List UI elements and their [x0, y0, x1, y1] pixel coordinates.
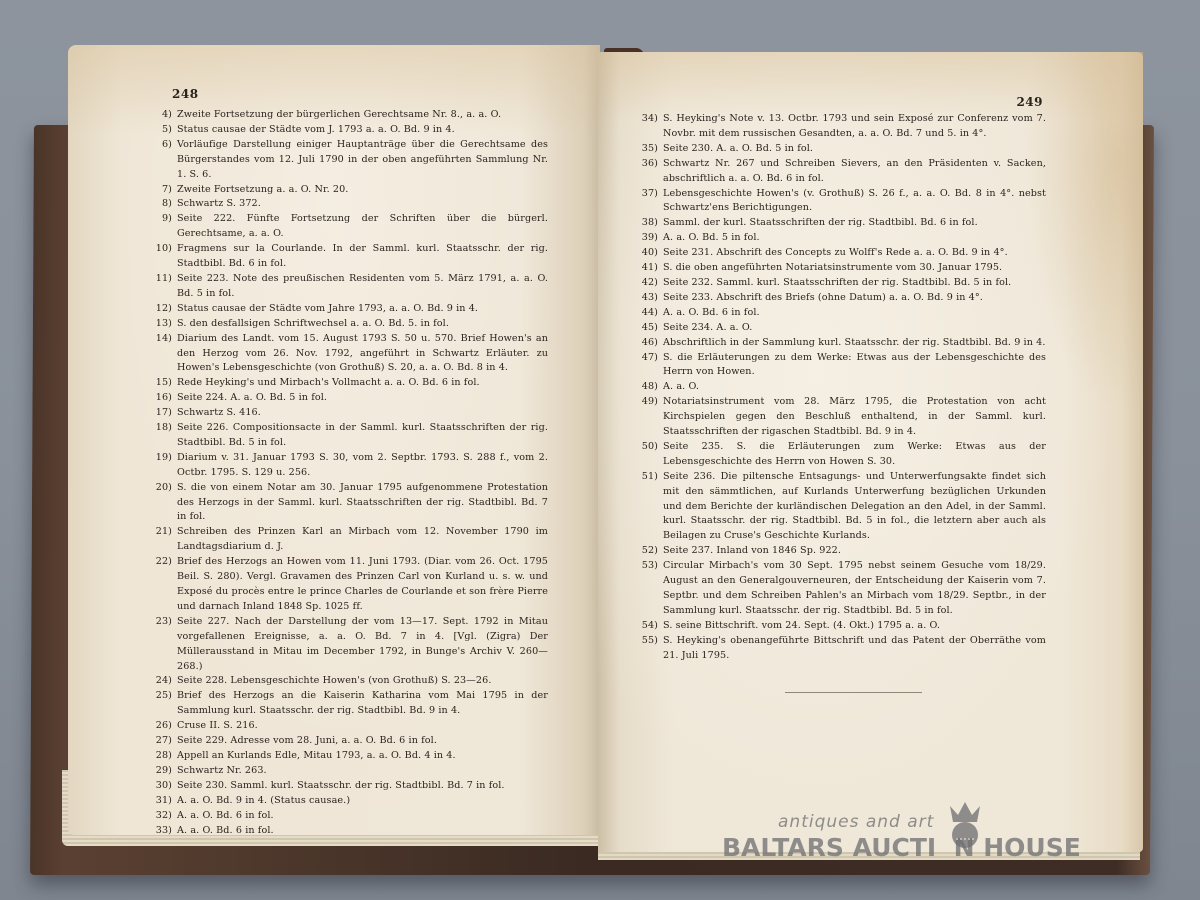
endnote-text: A. a. O. Bd. 9 in 4. (Status causae.): [177, 794, 548, 809]
endnote-number: 28): [146, 749, 177, 764]
endnote-number: 52): [632, 544, 663, 559]
endnote-number: 37): [632, 187, 663, 217]
endnote: 23)Seite 227. Nach der Darstellung der v…: [146, 615, 548, 675]
endnote-text: A. a. O. Bd. 6 in fol.: [177, 824, 548, 839]
endnote-number: 32): [146, 809, 177, 824]
endnote: 5)Status causae der Städte vom J. 1793 a…: [146, 123, 548, 138]
endnote-number: 22): [146, 555, 177, 615]
endnote-number: 9): [146, 212, 177, 242]
endnote-text: Seite 230. Samml. kurl. Staatsschr. der …: [177, 779, 548, 794]
endnote-number: 27): [146, 734, 177, 749]
endnote-text: Samml. der kurl. Staatsschriften der rig…: [663, 216, 1046, 231]
endnote: 44)A. a. O. Bd. 6 in fol.: [632, 306, 1046, 321]
endnote-text: Zweite Fortsetzung der bürgerlichen Gere…: [177, 108, 548, 123]
endnotes-list-right: 34)S. Heyking's Note v. 13. Octbr. 1793 …: [632, 112, 1046, 664]
endnote-text: Zweite Fortsetzung a. a. O. Nr. 20.: [177, 183, 548, 198]
endnote: 14)Diarium des Landt. vom 15. August 179…: [146, 332, 548, 377]
endnote-number: 15): [146, 376, 177, 391]
endnote-number: 51): [632, 470, 663, 545]
endnote-text: S. die von einem Notar am 30. Januar 179…: [177, 481, 548, 526]
endnote-number: 40): [632, 246, 663, 261]
endnote-text: A. a. O. Bd. 6 in fol.: [663, 306, 1046, 321]
endnote-number: 12): [146, 302, 177, 317]
endnote-text: Seite 234. A. a. O.: [663, 321, 1046, 336]
endnote-number: 38): [632, 216, 663, 231]
endnote-text: Diarium des Landt. vom 15. August 1793 S…: [177, 332, 548, 377]
endnote: 48)A. a. O.: [632, 380, 1046, 395]
endnote-number: 18): [146, 421, 177, 451]
endnote-number: 41): [632, 261, 663, 276]
endnote: 36)Schwartz Nr. 267 und Schreiben Siever…: [632, 157, 1046, 187]
endnote-text: Notariatsinstrument vom 28. März 1795, d…: [663, 395, 1046, 440]
endnote-number: 14): [146, 332, 177, 377]
endnote-number: 10): [146, 242, 177, 272]
endnote: 34)S. Heyking's Note v. 13. Octbr. 1793 …: [632, 112, 1046, 142]
endnote: 40)Seite 231. Abschrift des Concepts zu …: [632, 246, 1046, 261]
endnote-text: S. den desfallsigen Schriftwechsel a. a.…: [177, 317, 548, 332]
endnote: 17)Schwartz S. 416.: [146, 406, 548, 421]
endnote: 10)Fragmens sur la Courlande. In der Sam…: [146, 242, 548, 272]
endnote-text: Lebensgeschichte Howen's (v. Grothuß) S.…: [663, 187, 1046, 217]
endnote-number: 13): [146, 317, 177, 332]
endnote-text: Seite 235. S. die Erläuterungen zum Werk…: [663, 440, 1046, 470]
endnote-number: 48): [632, 380, 663, 395]
endnote-number: 42): [632, 276, 663, 291]
endnote-text: A. a. O. Bd. 6 in fol.: [177, 809, 548, 824]
endnote-text: Seite 224. A. a. O. Bd. 5 in fol.: [177, 391, 548, 406]
endnote-number: 45): [632, 321, 663, 336]
endnote-text: Rede Heyking's und Mirbach's Vollmacht a…: [177, 376, 548, 391]
endnote: 42)Seite 232. Samml. kurl. Staatsschrift…: [632, 276, 1046, 291]
endnote-number: 33): [146, 824, 177, 839]
endnote-text: S. die oben angeführten Notariatsinstrum…: [663, 261, 1046, 276]
endnote-number: 34): [632, 112, 663, 142]
endnote: 11)Seite 223. Note des preußischen Resid…: [146, 272, 548, 302]
watermark-name: BALTARS AUCTI N HOUSE: [722, 833, 1081, 862]
endnote-text: Schwartz S. 372.: [177, 197, 548, 212]
endnote-number: 6): [146, 138, 177, 183]
endnote-number: 17): [146, 406, 177, 421]
endnote-text: Abschriftlich in der Sammlung kurl. Staa…: [663, 336, 1046, 351]
endnote: 27)Seite 229. Adresse vom 28. Juni, a. a…: [146, 734, 548, 749]
endnote-number: 39): [632, 231, 663, 246]
endnote-text: Schwartz S. 416.: [177, 406, 548, 421]
endnote-text: S. die Erläuterungen zu dem Werke: Etwas…: [663, 351, 1046, 381]
endnote: 20)S. die von einem Notar am 30. Januar …: [146, 481, 548, 526]
endnote-text: S. seine Bittschrift. vom 24. Sept. (4. …: [663, 619, 1046, 634]
page-number-left: 248: [172, 87, 199, 101]
endnote-number: 43): [632, 291, 663, 306]
endnote: 7)Zweite Fortsetzung a. a. O. Nr. 20.: [146, 183, 548, 198]
left-page: 248 4)Zweite Fortsetzung der bürgerliche…: [68, 45, 600, 835]
endnote-text: Seite 236. Die piltensche Entsagungs- un…: [663, 470, 1046, 545]
endnote-text: A. a. O.: [663, 380, 1046, 395]
endnote: 12)Status causae der Städte vom Jahre 17…: [146, 302, 548, 317]
endnote-text: Seite 227. Nach der Darstellung der vom …: [177, 615, 548, 675]
endnote-text: S. Heyking's Note v. 13. Octbr. 1793 und…: [663, 112, 1046, 142]
endnote: 35)Seite 230. A. a. O. Bd. 5 in fol.: [632, 142, 1046, 157]
endnote: 4)Zweite Fortsetzung der bürgerlichen Ge…: [146, 108, 548, 123]
endnote: 26)Cruse II. S. 216.: [146, 719, 548, 734]
endnote-number: 24): [146, 674, 177, 689]
endnote-text: Schwartz Nr. 263.: [177, 764, 548, 779]
endnote-number: 35): [632, 142, 663, 157]
endnote: 33)A. a. O. Bd. 6 in fol.: [146, 824, 548, 839]
endnote: 55)S. Heyking's obenangeführte Bittschri…: [632, 634, 1046, 664]
endnote-number: 46): [632, 336, 663, 351]
endnote-text: Cruse II. S. 216.: [177, 719, 548, 734]
endnote: 50)Seite 235. S. die Erläuterungen zum W…: [632, 440, 1046, 470]
endnote-number: 29): [146, 764, 177, 779]
endnote: 38)Samml. der kurl. Staatsschriften der …: [632, 216, 1046, 231]
crown-icon: [946, 802, 984, 848]
watermark-tagline: antiques and art: [778, 812, 934, 832]
endnote: 41)S. die oben angeführten Notariatsinst…: [632, 261, 1046, 276]
endnote-number: 8): [146, 197, 177, 212]
endnote-number: 4): [146, 108, 177, 123]
endnote: 51)Seite 236. Die piltensche Entsagungs-…: [632, 470, 1046, 545]
endnote-number: 53): [632, 559, 663, 619]
endnote: 9)Seite 222. Fünfte Fortsetzung der Schr…: [146, 212, 548, 242]
endnote-number: 7): [146, 183, 177, 198]
endnote-number: 11): [146, 272, 177, 302]
watermark: antiques and art BALTARS AUCTI N HOUSE: [722, 808, 1122, 868]
endnote-text: Seite 232. Samml. kurl. Staatsschriften …: [663, 276, 1046, 291]
endnote-text: Vorläufige Darstellung einiger Hauptantr…: [177, 138, 548, 183]
endnote-number: 54): [632, 619, 663, 634]
endnote: 47)S. die Erläuterungen zu dem Werke: Et…: [632, 351, 1046, 381]
endnote-number: 30): [146, 779, 177, 794]
endnote: 16)Seite 224. A. a. O. Bd. 5 in fol.: [146, 391, 548, 406]
endnote: 32)A. a. O. Bd. 6 in fol.: [146, 809, 548, 824]
endnote: 13)S. den desfallsigen Schriftwechsel a.…: [146, 317, 548, 332]
endnote: 29)Schwartz Nr. 263.: [146, 764, 548, 779]
endnote: 45)Seite 234. A. a. O.: [632, 321, 1046, 336]
endnote-text: Seite 230. A. a. O. Bd. 5 in fol.: [663, 142, 1046, 157]
endnotes-list-left: 4)Zweite Fortsetzung der bürgerlichen Ge…: [146, 108, 548, 838]
endnote-number: 36): [632, 157, 663, 187]
endnote-text: Seite 223. Note des preußischen Resident…: [177, 272, 548, 302]
endnote-text: S. Heyking's obenangeführte Bittschrift …: [663, 634, 1046, 664]
endnote-text: Seite 226. Compositionsacte in der Samml…: [177, 421, 548, 451]
endnote-number: 5): [146, 123, 177, 138]
endnote: 54)S. seine Bittschrift. vom 24. Sept. (…: [632, 619, 1046, 634]
endnote: 46)Abschriftlich in der Sammlung kurl. S…: [632, 336, 1046, 351]
endnote-text: Seite 237. Inland von 1846 Sp. 922.: [663, 544, 1046, 559]
endnote: 19)Diarium v. 31. Januar 1793 S. 30, vom…: [146, 451, 548, 481]
endnote: 28)Appell an Kurlands Edle, Mitau 1793, …: [146, 749, 548, 764]
endnote-text: Status causae der Städte vom J. 1793 a. …: [177, 123, 548, 138]
endnote-text: Seite 222. Fünfte Fortsetzung der Schrif…: [177, 212, 548, 242]
endnote: 39)A. a. O. Bd. 5 in fol.: [632, 231, 1046, 246]
endnote: 43)Seite 233. Abschrift des Briefs (ohne…: [632, 291, 1046, 306]
endnote-number: 49): [632, 395, 663, 440]
endnote-text: Seite 231. Abschrift des Concepts zu Wol…: [663, 246, 1046, 261]
endnote-text: Fragmens sur la Courlande. In der Samml.…: [177, 242, 548, 272]
endnote-number: 50): [632, 440, 663, 470]
endnote: 37)Lebensgeschichte Howen's (v. Grothuß)…: [632, 187, 1046, 217]
section-divider: [785, 692, 922, 693]
endnote: 18)Seite 226. Compositionsacte in der Sa…: [146, 421, 548, 451]
endnote: 30)Seite 230. Samml. kurl. Staatsschr. d…: [146, 779, 548, 794]
endnote-number: 20): [146, 481, 177, 526]
endnote: 22)Brief des Herzogs an Howen vom 11. Ju…: [146, 555, 548, 615]
endnote-number: 55): [632, 634, 663, 664]
endnote: 21)Schreiben des Prinzen Karl an Mirbach…: [146, 525, 548, 555]
endnote-number: 16): [146, 391, 177, 406]
endnote-number: 23): [146, 615, 177, 675]
endnote-text: Diarium v. 31. Januar 1793 S. 30, vom 2.…: [177, 451, 548, 481]
endnote-number: 25): [146, 689, 177, 719]
endnote: 53)Circular Mirbach's vom 30 Sept. 1795 …: [632, 559, 1046, 619]
endnote-text: Seite 229. Adresse vom 28. Juni, a. a. O…: [177, 734, 548, 749]
endnote: 25)Brief des Herzogs an die Kaiserin Kat…: [146, 689, 548, 719]
endnote-text: Brief des Herzogs an Howen vom 11. Juni …: [177, 555, 548, 615]
endnote-text: A. a. O. Bd. 5 in fol.: [663, 231, 1046, 246]
endnote-text: Schreiben des Prinzen Karl an Mirbach vo…: [177, 525, 548, 555]
endnote-text: Appell an Kurlands Edle, Mitau 1793, a. …: [177, 749, 548, 764]
endnote: 24)Seite 228. Lebensgeschichte Howen's (…: [146, 674, 548, 689]
endnote-text: Status causae der Städte vom Jahre 1793,…: [177, 302, 548, 317]
endnote: 31)A. a. O. Bd. 9 in 4. (Status causae.): [146, 794, 548, 809]
endnote-number: 19): [146, 451, 177, 481]
endnote-text: Circular Mirbach's vom 30 Sept. 1795 neb…: [663, 559, 1046, 619]
endnote: 8)Schwartz S. 372.: [146, 197, 548, 212]
endnote-text: Seite 228. Lebensgeschichte Howen's (von…: [177, 674, 548, 689]
endnote-number: 47): [632, 351, 663, 381]
endnote: 52)Seite 237. Inland von 1846 Sp. 922.: [632, 544, 1046, 559]
endnote-number: 31): [146, 794, 177, 809]
endnote-text: Brief des Herzogs an die Kaiserin Kathar…: [177, 689, 548, 719]
page-number-right: 249: [1016, 95, 1043, 109]
endnote-number: 44): [632, 306, 663, 321]
endnote-number: 26): [146, 719, 177, 734]
right-page: 249 34)S. Heyking's Note v. 13. Octbr. 1…: [598, 52, 1143, 852]
endnote: 6)Vorläufige Darstellung einiger Hauptan…: [146, 138, 548, 183]
endnote-text: Seite 233. Abschrift des Briefs (ohne Da…: [663, 291, 1046, 306]
endnote-text: Schwartz Nr. 267 und Schreiben Sievers, …: [663, 157, 1046, 187]
endnote: 49)Notariatsinstrument vom 28. März 1795…: [632, 395, 1046, 440]
endnote: 15)Rede Heyking's und Mirbach's Vollmach…: [146, 376, 548, 391]
endnote-number: 21): [146, 525, 177, 555]
